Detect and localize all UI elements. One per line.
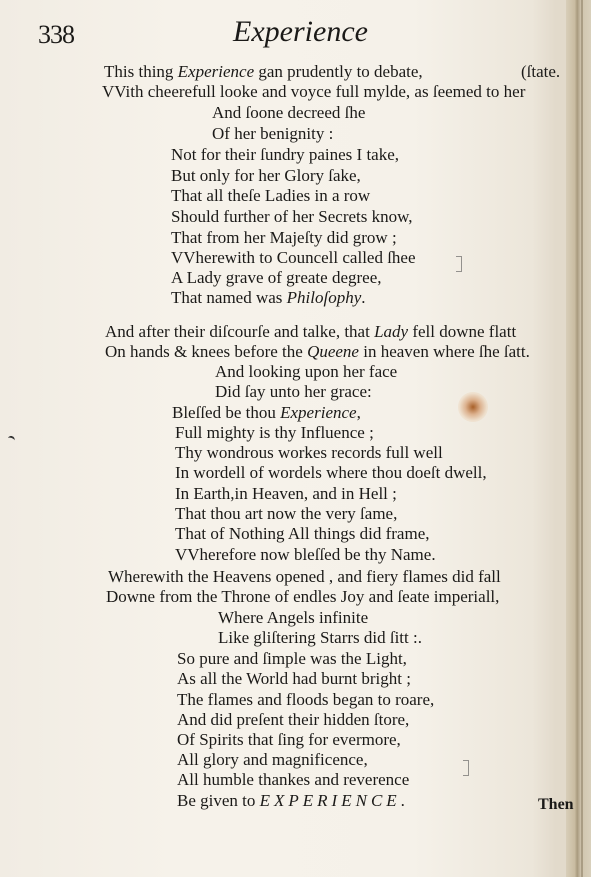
verse-line: So pure and ſimple was the Light, <box>177 649 407 669</box>
verse-line: That thou art now the very ſame, <box>175 504 397 524</box>
margin-bracket-mark <box>456 256 462 272</box>
verse-line: And ſoone decreed ſhe <box>212 103 365 123</box>
verse-line: And looking upon her face <box>215 362 397 382</box>
verse-line: That of Nothing All things did frame, <box>175 524 430 544</box>
verse-line: Be given to EXPERIENCE. <box>177 791 405 811</box>
book-page: 338 Experience This thing Experience gan… <box>0 0 591 877</box>
verse-line: VVherewith to Councell called ſhee <box>171 248 416 268</box>
verse-line: This thing Experience gan prudently to d… <box>104 62 423 82</box>
binding-edge <box>566 0 591 877</box>
verse-line: In Earth,in Heaven, and in Hell ; <box>175 484 397 504</box>
verse-line: On hands & knees before the Queene in he… <box>105 342 530 362</box>
verse-line: Not for their ſundry paines I take, <box>171 145 399 165</box>
verse-line: That from her Majeſty did grow ; <box>171 228 397 248</box>
verse-line: VVith cheerefull looke and voyce full my… <box>102 82 525 102</box>
verse-line: And did preſent their hidden ſtore, <box>177 710 409 730</box>
verse-line: Should further of her Secrets know, <box>171 207 413 227</box>
verse-line: Of Spirits that ſing for evermore, <box>177 730 401 750</box>
verse-line: All glory and magnificence, <box>177 750 368 770</box>
margin-ink-mark <box>7 435 15 442</box>
verse-line: Did ſay unto her grace: <box>215 382 372 402</box>
running-head: Experience <box>0 15 591 49</box>
verse-line: All humble thankes and reverence <box>177 770 409 790</box>
verse-line: Thy wondrous workes records full well <box>175 443 443 463</box>
verse-line: And after their diſcourſe and talke, tha… <box>105 322 516 342</box>
verse-line: That all theſe Ladies in a row <box>171 186 370 206</box>
verse-line: VVherefore now bleſſed be thy Name. <box>175 545 436 565</box>
binding-gutter-line <box>581 0 583 877</box>
catchword: Then <box>538 796 574 814</box>
verse-line: As all the World had burnt bright ; <box>177 669 411 689</box>
foxing-stain <box>458 392 488 422</box>
margin-bracket-mark <box>463 760 469 776</box>
verse-line: That named was Philoſophy. <box>171 288 366 308</box>
verse-line: Full mighty is thy Influence ; <box>175 423 374 443</box>
verse-line: But only for her Glory ſake, <box>171 166 361 186</box>
verse-line: In wordell of wordels where thou doeſt d… <box>175 463 487 483</box>
verse-line-turnover: (ſtate. <box>521 62 560 82</box>
verse-line: Bleſſed be thou Experience, <box>172 403 361 423</box>
verse-line: Like gliſtering Starrs did ſitt :. <box>218 628 422 648</box>
verse-line: Downe from the Throne of endles Joy and … <box>106 587 499 607</box>
verse-line: Where Angels infinite <box>218 608 368 628</box>
verse-line: Wherewith the Heavens opened , and fiery… <box>108 567 501 587</box>
verse-line: A Lady grave of greate degree, <box>171 268 382 288</box>
verse-line: The flames and floods began to roare, <box>177 690 434 710</box>
verse-line: Of her benignity : <box>212 124 333 144</box>
